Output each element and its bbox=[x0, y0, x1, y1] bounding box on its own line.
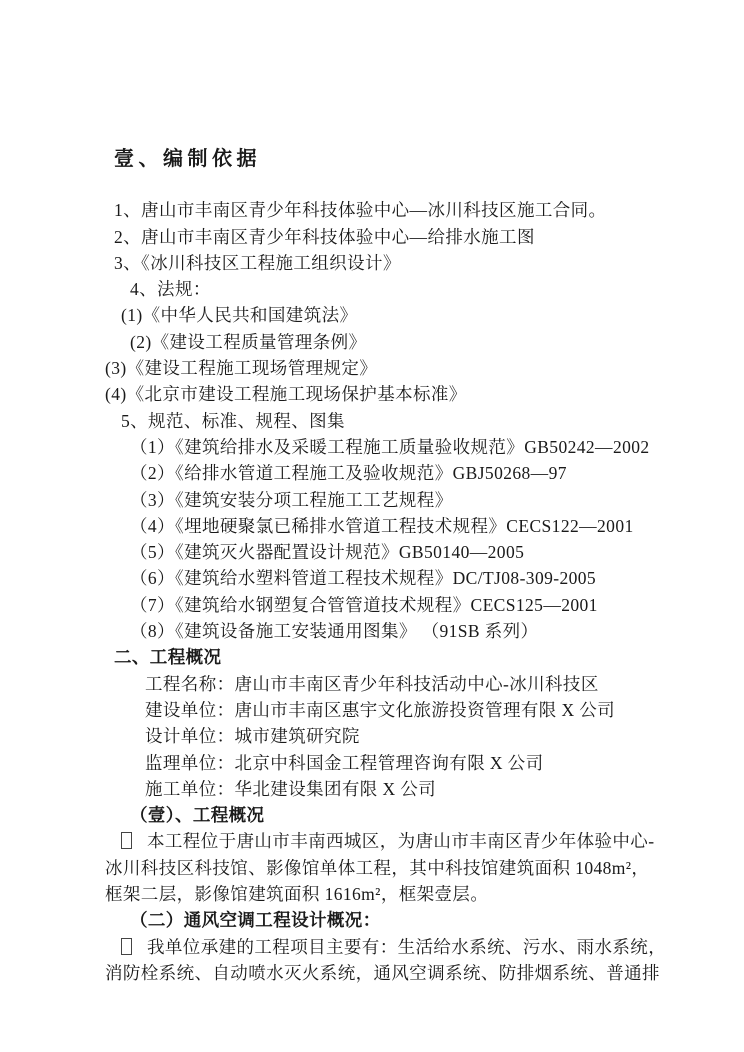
text-line: 冰川科技区科技馆、影像馆单体工程，其中科技馆建筑面积 1048m²， bbox=[105, 855, 705, 881]
line-text: 冰川科技区科技馆、影像馆单体工程，其中科技馆建筑面积 1048m²， bbox=[105, 858, 649, 878]
text-line: (2)《建设工程质量管理条例》 bbox=[105, 329, 705, 355]
text-line: 框架二层，影像馆建筑面积 1616m²，框架壹层。 bbox=[105, 881, 705, 907]
text-line: (3)《建设工程施工现场管理规定》 bbox=[105, 355, 705, 381]
line-text: 我单位承建的工程项目主要有：生活给水系统、污水、雨水系统， bbox=[147, 937, 666, 957]
text-line: 3、《冰川科技区工程施工组织设计》 bbox=[105, 250, 705, 276]
text-line: 建设单位：唐山市丰南区惠宇文化旅游投资管理有限 X 公司 bbox=[105, 697, 705, 723]
text-line: （壹）、工程概况 bbox=[105, 802, 705, 828]
line-text: (2)《建设工程质量管理条例》 bbox=[130, 332, 366, 352]
line-text: 二、工程概况 bbox=[114, 647, 221, 667]
line-text: 框架二层，影像馆建筑面积 1616m²，框架壹层。 bbox=[105, 884, 488, 904]
line-text: 本工程位于唐山市丰南西城区，为唐山市丰南区青少年体验中心- bbox=[147, 831, 654, 851]
text-line: 4、法规： bbox=[105, 276, 705, 302]
text-line: (1)《中华人民共和国建筑法》 bbox=[105, 302, 705, 328]
line-text: 施工单位：华北建设集团有限 X 公司 bbox=[145, 779, 436, 799]
placeholder-box-glyph bbox=[121, 938, 132, 955]
text-line: （4）《埋地硬聚氯已稀排水管道工程技术规程》CECS122—2001 bbox=[105, 513, 705, 539]
text-line: 设计单位：城市建筑研究院 bbox=[105, 723, 705, 749]
text-line: 施工单位：华北建设集团有限 X 公司 bbox=[105, 776, 705, 802]
line-text: 消防栓系统、自动喷水灭火系统，通风空调系统、防排烟系统、普通排 bbox=[105, 963, 660, 983]
line-text: 2、唐山市丰南区青少年科技体验中心—给排水施工图 bbox=[114, 227, 535, 247]
text-line: 2、唐山市丰南区青少年科技体验中心—给排水施工图 bbox=[105, 224, 705, 250]
line-text: （壹）、工程概况 bbox=[130, 805, 264, 825]
text-line: 本工程位于唐山市丰南西城区，为唐山市丰南区青少年体验中心- bbox=[105, 828, 705, 854]
line-text: （8）《建筑设备施工安装通用图集》 （91SB 系列） bbox=[130, 621, 538, 641]
line-text: （1）《建筑给排水及采暖工程施工质量验收规范》GB50242—2002 bbox=[130, 437, 650, 457]
line-text: (1)《中华人民共和国建筑法》 bbox=[121, 305, 357, 325]
text-line: （3）《建筑安装分项工程施工工艺规程》 bbox=[105, 487, 705, 513]
line-text: 4、法规： bbox=[130, 279, 211, 299]
line-text: （7）《建筑给水钢塑复合管管道技术规程》CECS125—2001 bbox=[130, 595, 598, 615]
line-text: 监理单位：北京中科国金工程管理咨询有限 X 公司 bbox=[145, 753, 544, 773]
text-line: 工程名称：唐山市丰南区青少年科技活动中心-冰川科技区 bbox=[105, 671, 705, 697]
text-line: 我单位承建的工程项目主要有：生活给水系统、污水、雨水系统， bbox=[105, 934, 705, 960]
text-line: （1）《建筑给排水及采暖工程施工质量验收规范》GB50242—2002 bbox=[105, 434, 705, 460]
line-text: 工程名称：唐山市丰南区青少年科技活动中心-冰川科技区 bbox=[145, 674, 599, 694]
line-text: (3)《建设工程施工现场管理规定》 bbox=[105, 358, 377, 378]
text-line: （7）《建筑给水钢塑复合管管道技术规程》CECS125—2001 bbox=[105, 592, 705, 618]
text-line: 消防栓系统、自动喷水灭火系统，通风空调系统、防排烟系统、普通排 bbox=[105, 960, 705, 986]
text-line: （5）《建筑灭火器配置设计规范》GB50140—2005 bbox=[105, 539, 705, 565]
line-text: （2）《给排水管道工程施工及验收规范》GBJ50268—97 bbox=[130, 463, 567, 483]
line-text: 建设单位：唐山市丰南区惠宇文化旅游投资管理有限 X 公司 bbox=[145, 700, 615, 720]
text-line: (4)《北京市建设工程施工现场保护基本标准》 bbox=[105, 381, 705, 407]
line-text: 壹、编制依据 bbox=[114, 148, 261, 170]
line-text: （5）《建筑灭火器配置设计规范》GB50140—2005 bbox=[130, 542, 524, 562]
line-text: （二）通风空调工程设计概况： bbox=[130, 910, 381, 930]
text-line: （8）《建筑设备施工安装通用图集》 （91SB 系列） bbox=[105, 618, 705, 644]
line-text: 5、规范、标准、规程、图集 bbox=[121, 411, 345, 431]
text-line: 二、工程概况 bbox=[105, 644, 705, 670]
document-page: 壹、编制依据1、唐山市丰南区青少年科技体验中心—冰川科技区施工合同。2、唐山市丰… bbox=[0, 0, 744, 1052]
line-text: （4）《埋地硬聚氯已稀排水管道工程技术规程》CECS122—2001 bbox=[130, 516, 634, 536]
text-line: （6）《建筑给水塑料管道工程技术规程》DC/TJ08-309-2005 bbox=[105, 565, 705, 591]
line-text: (4)《北京市建设工程施工现场保护基本标准》 bbox=[105, 384, 467, 404]
placeholder-box-glyph bbox=[121, 832, 132, 849]
document-body: 壹、编制依据1、唐山市丰南区青少年科技体验中心—冰川科技区施工合同。2、唐山市丰… bbox=[105, 146, 705, 986]
line-text: 3、《冰川科技区工程施工组织设计》 bbox=[114, 253, 401, 273]
text-line: （二）通风空调工程设计概况： bbox=[105, 907, 705, 933]
text-line: 监理单位：北京中科国金工程管理咨询有限 X 公司 bbox=[105, 750, 705, 776]
line-text: （6）《建筑给水塑料管道工程技术规程》DC/TJ08-309-2005 bbox=[130, 568, 596, 588]
line-text: 设计单位：城市建筑研究院 bbox=[145, 726, 360, 746]
text-line: 壹、编制依据 bbox=[105, 146, 705, 172]
text-line: （2）《给排水管道工程施工及验收规范》GBJ50268—97 bbox=[105, 460, 705, 486]
line-text: 1、唐山市丰南区青少年科技体验中心—冰川科技区施工合同。 bbox=[114, 200, 606, 220]
text-line: 5、规范、标准、规程、图集 bbox=[105, 408, 705, 434]
line-text: （3）《建筑安装分项工程施工工艺规程》 bbox=[130, 490, 453, 510]
text-line: 1、唐山市丰南区青少年科技体验中心—冰川科技区施工合同。 bbox=[105, 197, 705, 223]
